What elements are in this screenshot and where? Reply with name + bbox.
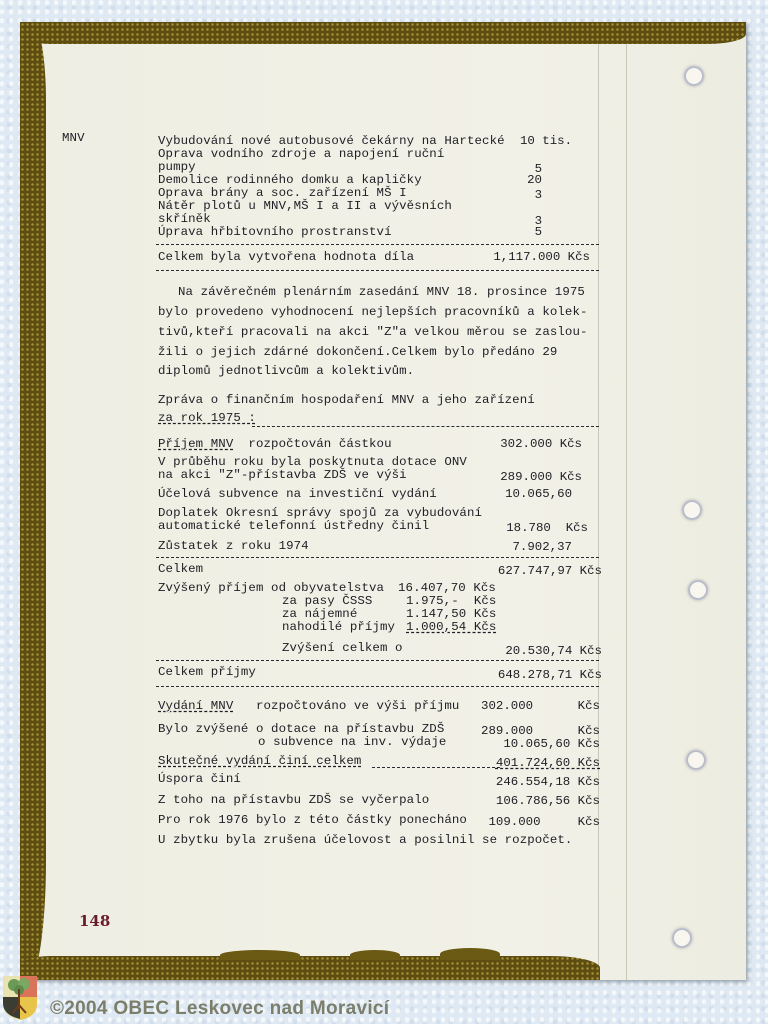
gilt-border-top bbox=[20, 22, 746, 44]
income-row-value: 18.780 Kčs bbox=[460, 522, 588, 535]
work-item: Oprava vodního zdroje a napojení ruční bbox=[158, 148, 444, 161]
paragraph-line: tivů,kteří pracovali na akci "Z"a velkou… bbox=[158, 326, 588, 339]
gilt-ornament bbox=[350, 950, 400, 960]
income-row-value: 289.000 Kčs bbox=[460, 471, 582, 484]
income-row-value: 10.065,60 bbox=[460, 488, 572, 501]
expenses-actual-label: Skutečné vydání činí celkem bbox=[158, 755, 361, 768]
income-head-value: 302.000 Kčs bbox=[460, 438, 582, 451]
finance-heading: Zpráva o finančním hospodaření MNV a jeh… bbox=[158, 394, 535, 407]
closing-line: U zbytku byla zrušena účelovost a posiln… bbox=[158, 834, 572, 847]
income-row-label: Účelová subvence na investiční vydání bbox=[158, 488, 437, 501]
increase-total-label: Zvýšení celkem o bbox=[282, 642, 403, 655]
income-row-label: automatické telefonní ústředny činil bbox=[158, 520, 429, 533]
expenses-head: Vydání MNV rozpočtováno ve výši příjmu bbox=[158, 700, 459, 713]
works-total-value: 1,117.000 Kčs bbox=[460, 251, 590, 264]
income-row-value: 7.902,37 bbox=[460, 541, 572, 554]
increase-item-value: 1.000,54 Kčs bbox=[406, 621, 496, 634]
increase-item-label: nahodilé příjmy bbox=[282, 621, 395, 634]
punch-hole bbox=[688, 580, 708, 600]
expenses-head-title: Vydání MNV bbox=[158, 699, 233, 713]
dashed-rule bbox=[156, 270, 599, 271]
used-value: 106.786,56 Kčs bbox=[460, 795, 600, 808]
income-subtotal-label: Celkem bbox=[158, 563, 203, 576]
dashed-rule bbox=[156, 244, 599, 245]
work-value: 5 bbox=[490, 226, 542, 239]
punch-hole bbox=[682, 500, 702, 520]
paragraph-line: Na závěrečném plenárním zasedání MNV 18.… bbox=[178, 286, 585, 299]
gilt-border-left bbox=[20, 22, 46, 980]
kept-value: 109.000 Kčs bbox=[460, 816, 600, 829]
savings-label: Úspora činí bbox=[158, 773, 241, 786]
punch-hole bbox=[672, 928, 692, 948]
kept-label: Pro rok 1976 bylo z této částky ponechán… bbox=[158, 814, 467, 827]
paragraph-line: bylo provedeno vyhodnocení nejlepších pr… bbox=[158, 306, 588, 319]
work-value: 20 bbox=[490, 174, 542, 187]
expenses-raised2-value: 10.065,60 Kčs bbox=[460, 738, 600, 751]
fold-line bbox=[598, 22, 599, 980]
page-number: 148 bbox=[79, 912, 110, 930]
work-value: 3 bbox=[490, 189, 542, 202]
dashed-rule bbox=[156, 660, 599, 661]
document-page: MNV Vybudování nové autobusové čekárny n… bbox=[20, 22, 746, 980]
gilt-border-bottom bbox=[20, 956, 600, 980]
paragraph-line: diplomů jednotlivcům a kolektivům. bbox=[158, 365, 414, 378]
finance-heading-year: za rok 1975 : bbox=[158, 412, 256, 425]
work-item: Úprava hřbitovního prostranství bbox=[158, 226, 392, 239]
expenses-actual-value: 401.724,60 Kčs bbox=[460, 757, 600, 770]
copyright-footer: ©2004 OBEC Leskovec nad Moravicí bbox=[50, 998, 389, 1020]
income-head-title: Příjem MNV bbox=[158, 437, 233, 451]
income-head-text: rozpočtován částkou bbox=[233, 437, 391, 451]
income-total-value: 648.278,71 Kčs bbox=[460, 669, 602, 682]
works-total-label: Celkem byla vytvořena hodnota díla bbox=[158, 251, 414, 264]
expenses-head-text: rozpočtováno ve výši příjmu bbox=[233, 699, 459, 713]
dashed-rule bbox=[252, 426, 599, 427]
dashed-rule bbox=[156, 557, 599, 558]
income-subtotal-value: 627.747,97 Kčs bbox=[460, 565, 602, 578]
expenses-head-value: 302.000 Kčs bbox=[460, 700, 600, 713]
punch-hole bbox=[684, 66, 704, 86]
work-value: 10 tis. bbox=[520, 135, 600, 148]
gilt-ornament bbox=[440, 948, 500, 960]
increase-total-value: 20.530,74 Kčs bbox=[460, 645, 602, 658]
used-label: Z toho na přístavbu ZDŠ se vyčerpalo bbox=[158, 794, 429, 807]
gilt-ornament bbox=[220, 950, 300, 960]
coat-of-arms-icon bbox=[2, 975, 38, 1021]
income-row-label: na akci "Z"-přístavba ZDŠ ve výši bbox=[158, 469, 407, 482]
income-head: Příjem MNV rozpočtován částkou bbox=[158, 438, 392, 451]
income-row-label: Zůstatek z roku 1974 bbox=[158, 540, 309, 553]
section-label: MNV bbox=[62, 132, 85, 145]
income-total-label: Celkem příjmy bbox=[158, 666, 256, 679]
expenses-raised2-label: o subvence na inv. výdaje bbox=[258, 736, 446, 749]
paragraph-line: žili o jejich zdárné dokončení.Celkem by… bbox=[158, 346, 557, 359]
fold-line bbox=[626, 22, 627, 980]
dashed-rule bbox=[156, 686, 599, 687]
punch-hole bbox=[686, 750, 706, 770]
savings-value: 246.554,18 Kčs bbox=[460, 776, 600, 789]
